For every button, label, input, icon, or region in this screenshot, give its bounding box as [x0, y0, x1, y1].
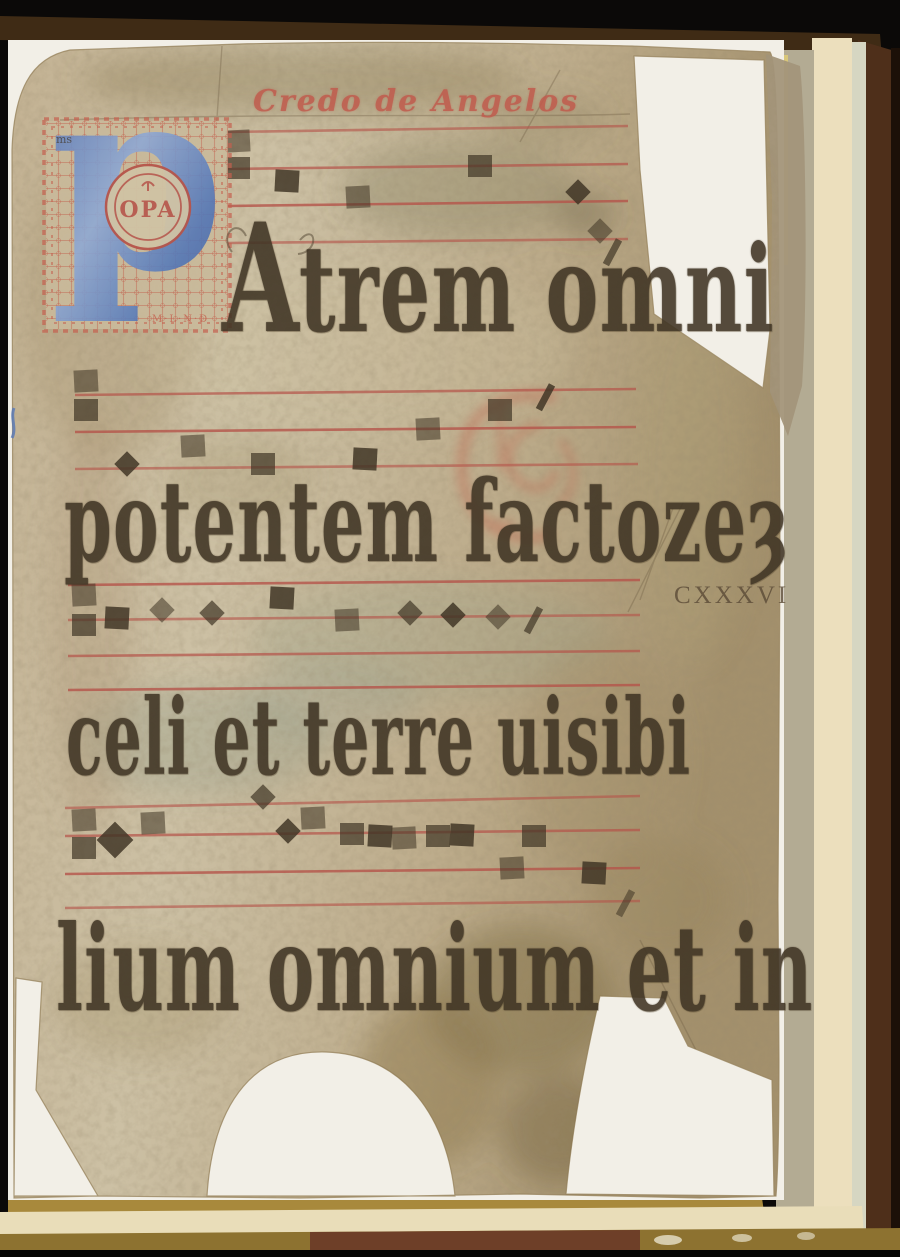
- neume-sq: [269, 586, 294, 609]
- folio-number: CXXXVI: [674, 582, 789, 610]
- neume-sq: [74, 399, 98, 421]
- neume-sq: [581, 861, 606, 884]
- neume-sq: [73, 369, 98, 392]
- text-line-4: lium omnium et in: [56, 910, 814, 1028]
- blue-margin-mark: [12, 408, 14, 438]
- corner-mark: ms: [56, 133, 72, 146]
- neume-sq: [488, 399, 512, 421]
- neume-sq: [499, 856, 524, 879]
- cover-shadow: [891, 48, 900, 1248]
- manuscript-photo: p OPA M·L·N·D ms Credo de Angelos Atrem …: [0, 0, 900, 1257]
- neume-sq: [72, 837, 96, 859]
- neume-sq: [426, 825, 450, 847]
- neume-sq: [334, 608, 359, 631]
- neume-sq: [104, 606, 129, 629]
- neume-sq: [340, 823, 364, 845]
- neume-sq: [367, 824, 392, 847]
- neume-sq: [522, 825, 546, 847]
- neume-sq: [415, 417, 440, 440]
- neume-sq: [71, 808, 96, 831]
- manuscript-artwork: p OPA M·L·N·D ms: [0, 0, 900, 1257]
- neume-sq: [140, 811, 165, 834]
- medallion-text: OPA: [119, 197, 176, 223]
- text-line-1-body: trem omni: [299, 219, 775, 360]
- neume-sq: [468, 155, 492, 177]
- neume-sq: [449, 823, 474, 846]
- cadel-capital-a: A: [222, 191, 299, 367]
- neume-sq: [300, 806, 325, 829]
- neume-sq: [225, 129, 250, 152]
- neume-sq: [72, 614, 96, 636]
- neume-sq: [391, 826, 416, 849]
- rubric-text: Credo de Angelos: [253, 84, 579, 119]
- initial-medallion: OPA: [106, 165, 190, 249]
- text-line-2: potentem factozeȝ: [64, 467, 790, 579]
- neume-sq: [274, 169, 299, 192]
- text-line-1: Atrem omni: [222, 204, 775, 354]
- neume-sq: [180, 434, 205, 457]
- text-line-3: celi et terre uisibi: [66, 685, 691, 790]
- initial-foot-mark: M·L·N·D: [152, 314, 209, 325]
